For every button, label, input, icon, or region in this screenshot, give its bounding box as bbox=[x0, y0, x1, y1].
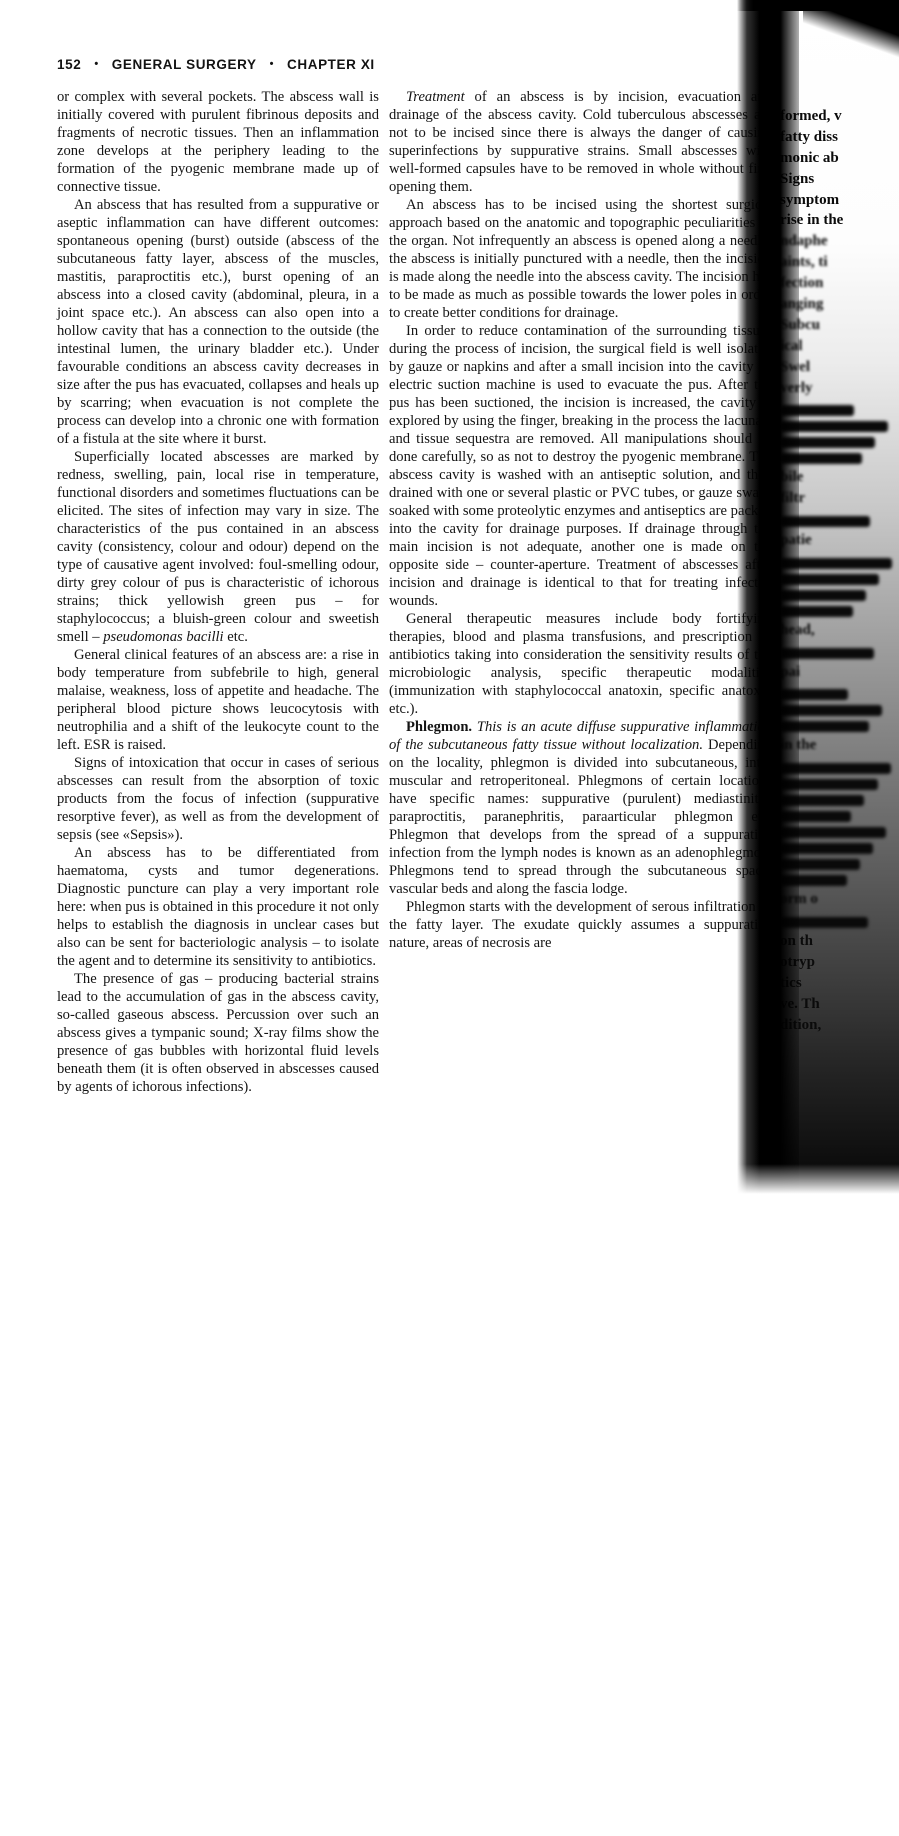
text-segment: General therapeutic measures include bod… bbox=[389, 611, 772, 717]
paragraph: An abscess has to be incised using the s… bbox=[389, 196, 772, 322]
paragraph: Phlegmon. This is an acute diffuse suppu… bbox=[389, 718, 772, 898]
right-column: Treatment of an abscess is by incision, … bbox=[389, 88, 772, 952]
section-title: GENERAL SURGERY bbox=[112, 57, 257, 72]
paragraph: General clinical features of an abscess … bbox=[57, 646, 379, 754]
binding-shadow-fade bbox=[737, 1164, 899, 1198]
paragraph: An abscess that has resulted from a supp… bbox=[57, 196, 379, 448]
text-segment: pseudomonas bacilli bbox=[103, 629, 223, 645]
book-gutter: formed, vfatty dissmonic abSignssymptomr… bbox=[737, 0, 899, 1196]
text-segment: or complex with several pockets. The abs… bbox=[57, 89, 379, 195]
paragraph: An abscess has to be differentiated from… bbox=[57, 844, 379, 970]
paragraph: Phlegmon starts with the development of … bbox=[389, 898, 772, 952]
binding-shadow bbox=[737, 0, 799, 1196]
page-number: 152 bbox=[57, 57, 81, 72]
chapter-title: CHAPTER XI bbox=[287, 57, 375, 72]
text-segment: Phlegmon starts with the development of … bbox=[389, 899, 772, 951]
text-segment: An abscess has to be differentiated from… bbox=[57, 845, 379, 969]
text-segment: In order to reduce contamination of the … bbox=[389, 323, 772, 609]
running-head: 152 • GENERAL SURGERY • CHAPTER XI bbox=[57, 57, 375, 72]
text-segment: Superficially located abscesses are mark… bbox=[57, 449, 379, 645]
paragraph: or complex with several pockets. The abs… bbox=[57, 88, 379, 196]
paragraph: General therapeutic measures include bod… bbox=[389, 610, 772, 718]
paragraph: Treatment of an abscess is by incision, … bbox=[389, 88, 772, 196]
paragraph: The presence of gas – producing bacteria… bbox=[57, 970, 379, 1096]
text-segment: Depending on the locality, phlegmon is d… bbox=[389, 737, 772, 897]
binding-shadow-top bbox=[737, 0, 899, 11]
text-segment: Signs of intoxication that occur in case… bbox=[57, 755, 379, 843]
text-segment: An abscess that has resulted from a supp… bbox=[57, 197, 379, 447]
bullet-separator-icon: • bbox=[94, 58, 98, 70]
text-segment: etc. bbox=[224, 629, 248, 645]
paragraph: In order to reduce contamination of the … bbox=[389, 322, 772, 610]
paragraph: Superficially located abscesses are mark… bbox=[57, 448, 379, 646]
text-segment: Treatment bbox=[406, 89, 465, 105]
left-column: or complex with several pockets. The abs… bbox=[57, 88, 379, 1096]
scanned-page: 152 • GENERAL SURGERY • CHAPTER XI or co… bbox=[0, 0, 899, 1836]
text-segment: The presence of gas – producing bacteria… bbox=[57, 971, 379, 1095]
text-segment: General clinical features of an abscess … bbox=[57, 647, 379, 753]
paragraph: Signs of intoxication that occur in case… bbox=[57, 754, 379, 844]
bullet-separator-icon: • bbox=[270, 58, 274, 70]
text-segment: Phlegmon. bbox=[406, 719, 472, 735]
text-segment: An abscess has to be incised using the s… bbox=[389, 197, 772, 321]
page-corner-shadow bbox=[803, 4, 899, 62]
